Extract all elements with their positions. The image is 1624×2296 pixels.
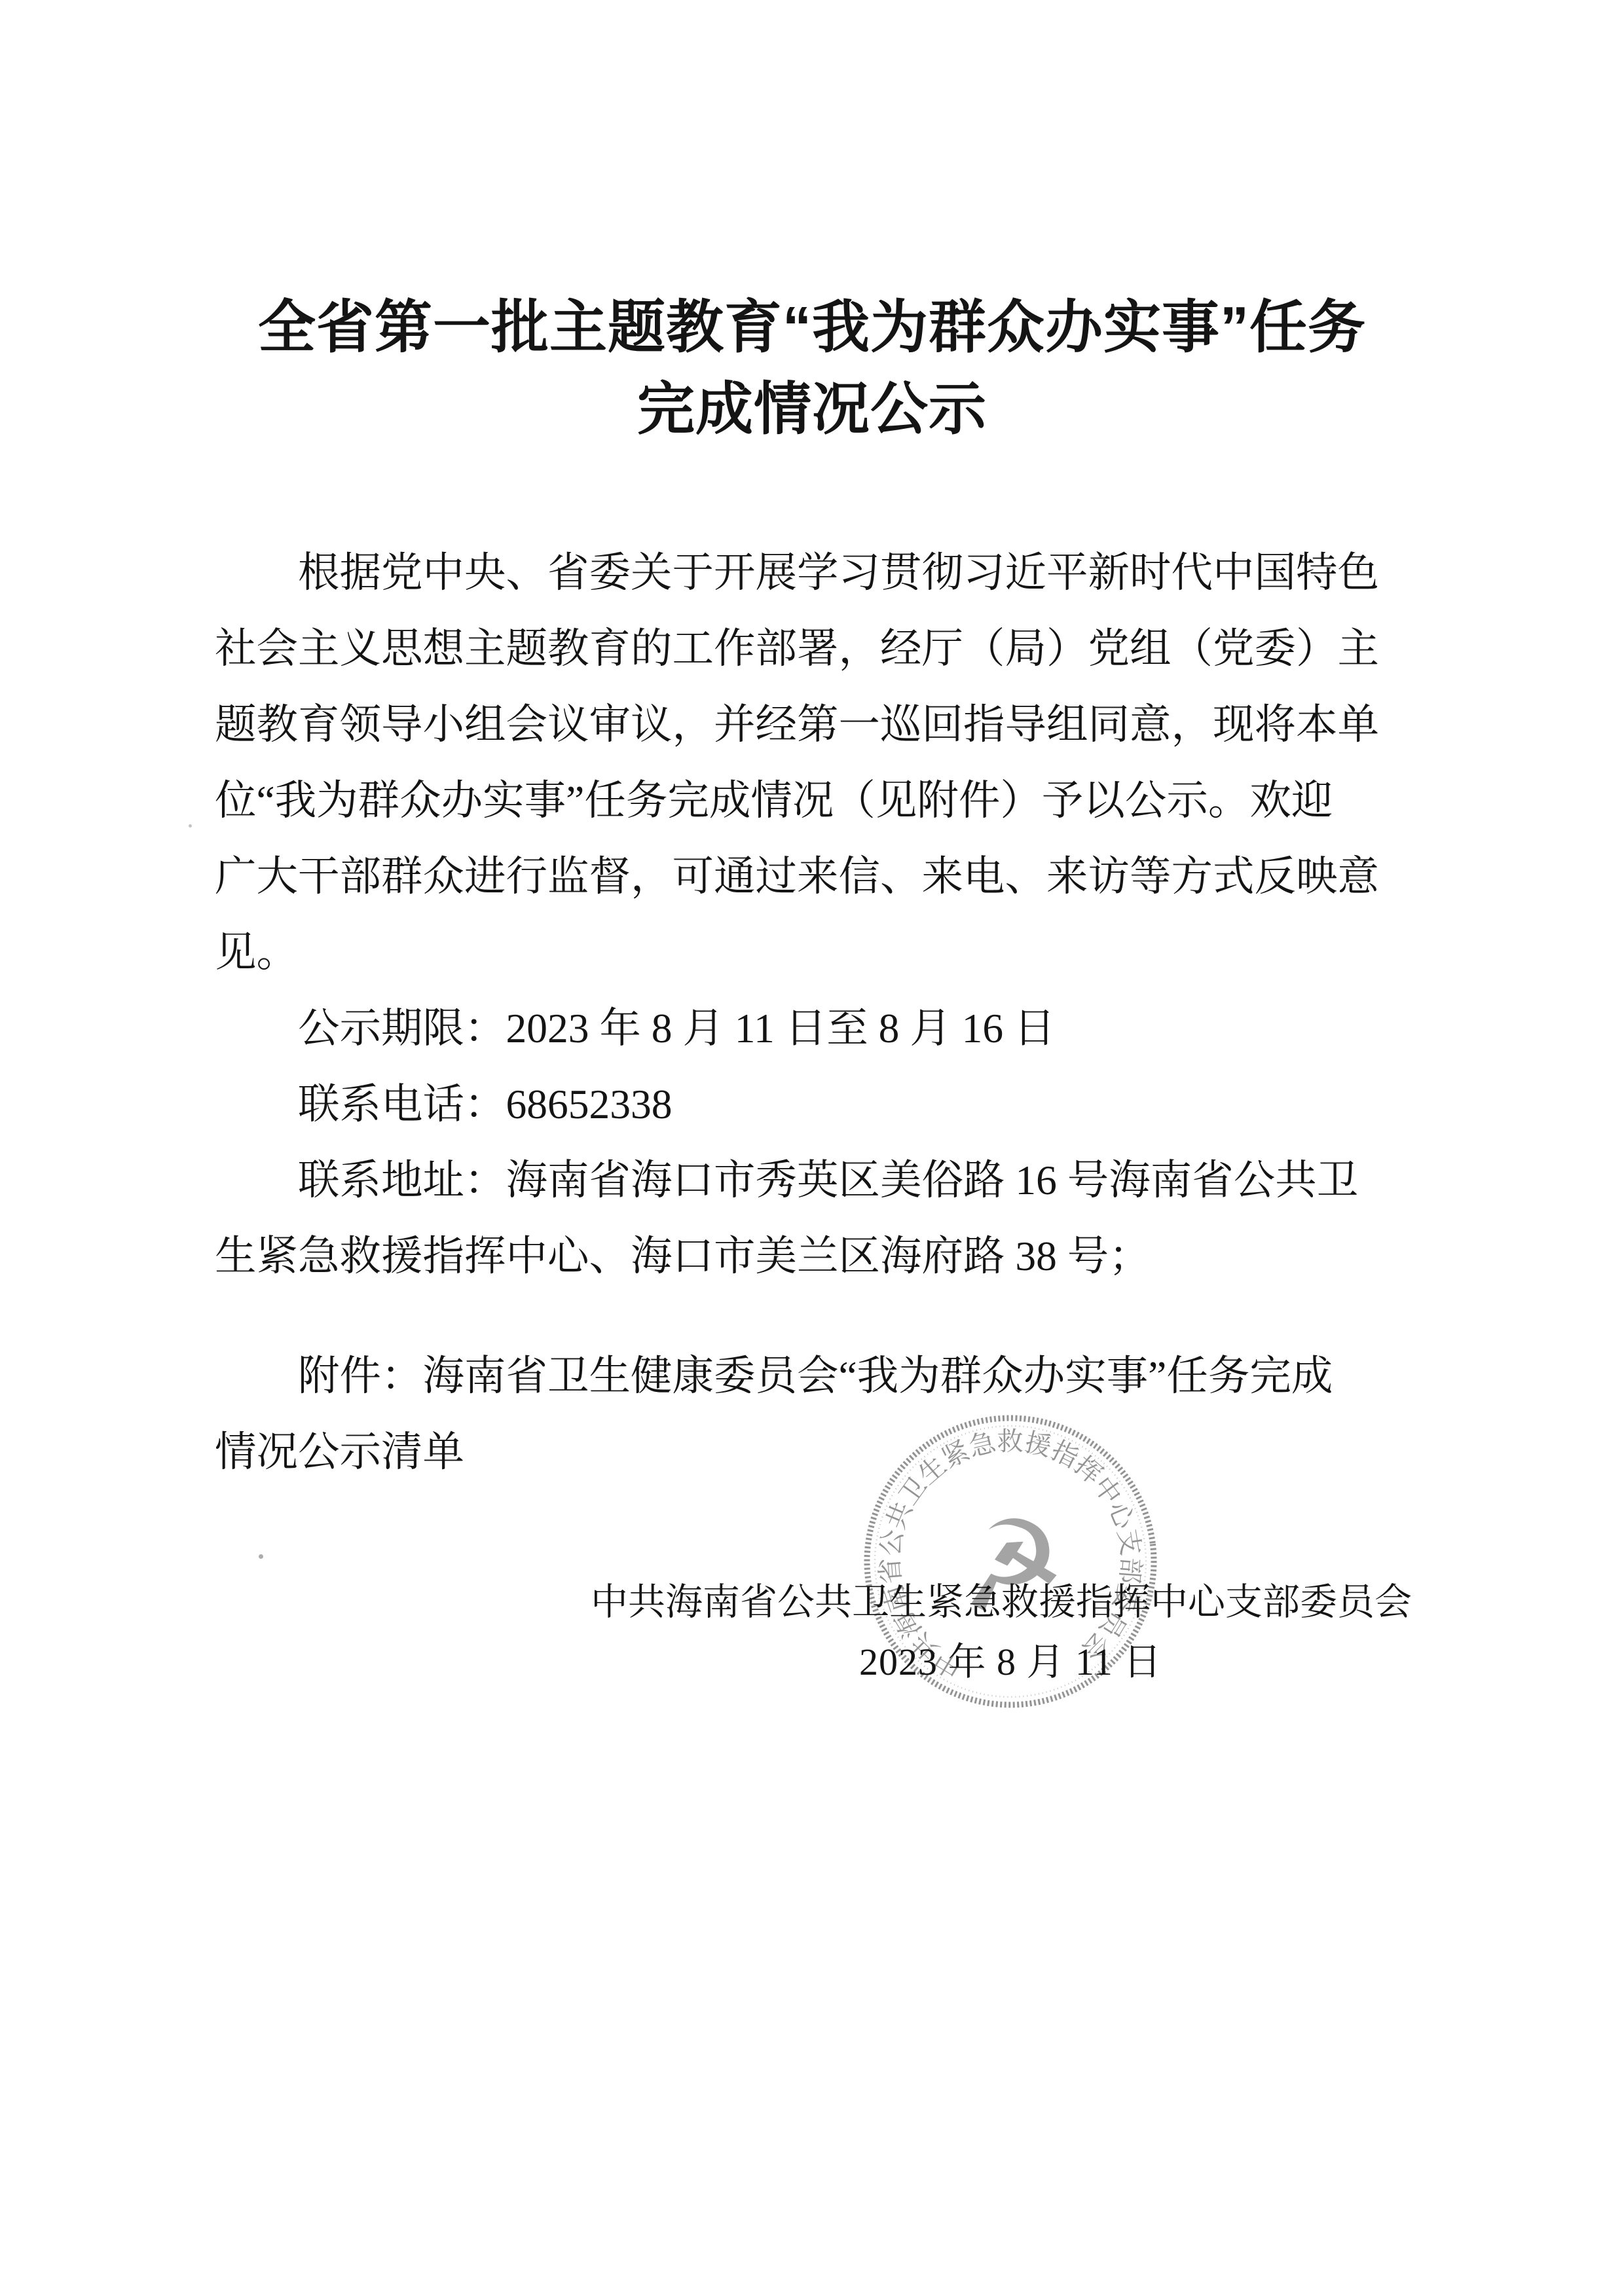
body-line: 根据党中央、省委关于开展学习贯彻习近平新时代中国特色 <box>215 535 1433 611</box>
body-line: 位“我为群众办实事”任务完成情况（见附件）予以公示。欢迎 <box>215 763 1433 839</box>
body-line: 联系电话：68652338 <box>215 1066 1433 1142</box>
date-line: 2023 年 8 月 11 日 <box>859 1639 1162 1685</box>
body-line: 社会主义思想主题教育的工作部署，经厅（局）党组（党委）主 <box>215 611 1433 687</box>
body-line: 生紧急救援指挥中心、海口市美兰区海府路 38 号； <box>215 1218 1433 1294</box>
scan-speck <box>259 1554 263 1559</box>
body-line: 见。 <box>215 915 1433 991</box>
title-line-2: 完成情况公示 <box>0 368 1624 450</box>
scanned-document-page: 全省第一批主题教育“我为群众办实事”任务 完成情况公示 根据党中央、省委关于开展… <box>0 0 1624 2296</box>
scan-speck <box>189 824 192 828</box>
attachment-paragraph: 附件：海南省卫生健康委员会“我为群众办实事”任务完成情况公示清单 <box>215 1338 1433 1490</box>
body-line: 情况公示清单 <box>215 1414 1433 1490</box>
signature-line: 中共海南省公共卫生紧急救援指挥中心支部委员会 <box>591 1580 1412 1626</box>
body-line: 附件：海南省卫生健康委员会“我为群众办实事”任务完成 <box>215 1338 1433 1414</box>
body-line: 题教育领导小组会议审议，并经第一巡回指导组同意，现将本单 <box>215 687 1433 763</box>
body-paragraphs: 根据党中央、省委关于开展学习贯彻习近平新时代中国特色社会主义思想主题教育的工作部… <box>215 535 1433 1294</box>
body-line: 广大干部群众进行监督，可通过来信、来电、来访等方式反映意 <box>215 839 1433 915</box>
document-title: 全省第一批主题教育“我为群众办实事”任务 完成情况公示 <box>0 286 1624 450</box>
body-line: 公示期限：2023 年 8 月 11 日至 8 月 16 日 <box>215 991 1433 1066</box>
body-line: 联系地址：海南省海口市秀英区美俗路 16 号海南省公共卫 <box>215 1142 1433 1218</box>
title-line-1: 全省第一批主题教育“我为群众办实事”任务 <box>0 286 1624 368</box>
